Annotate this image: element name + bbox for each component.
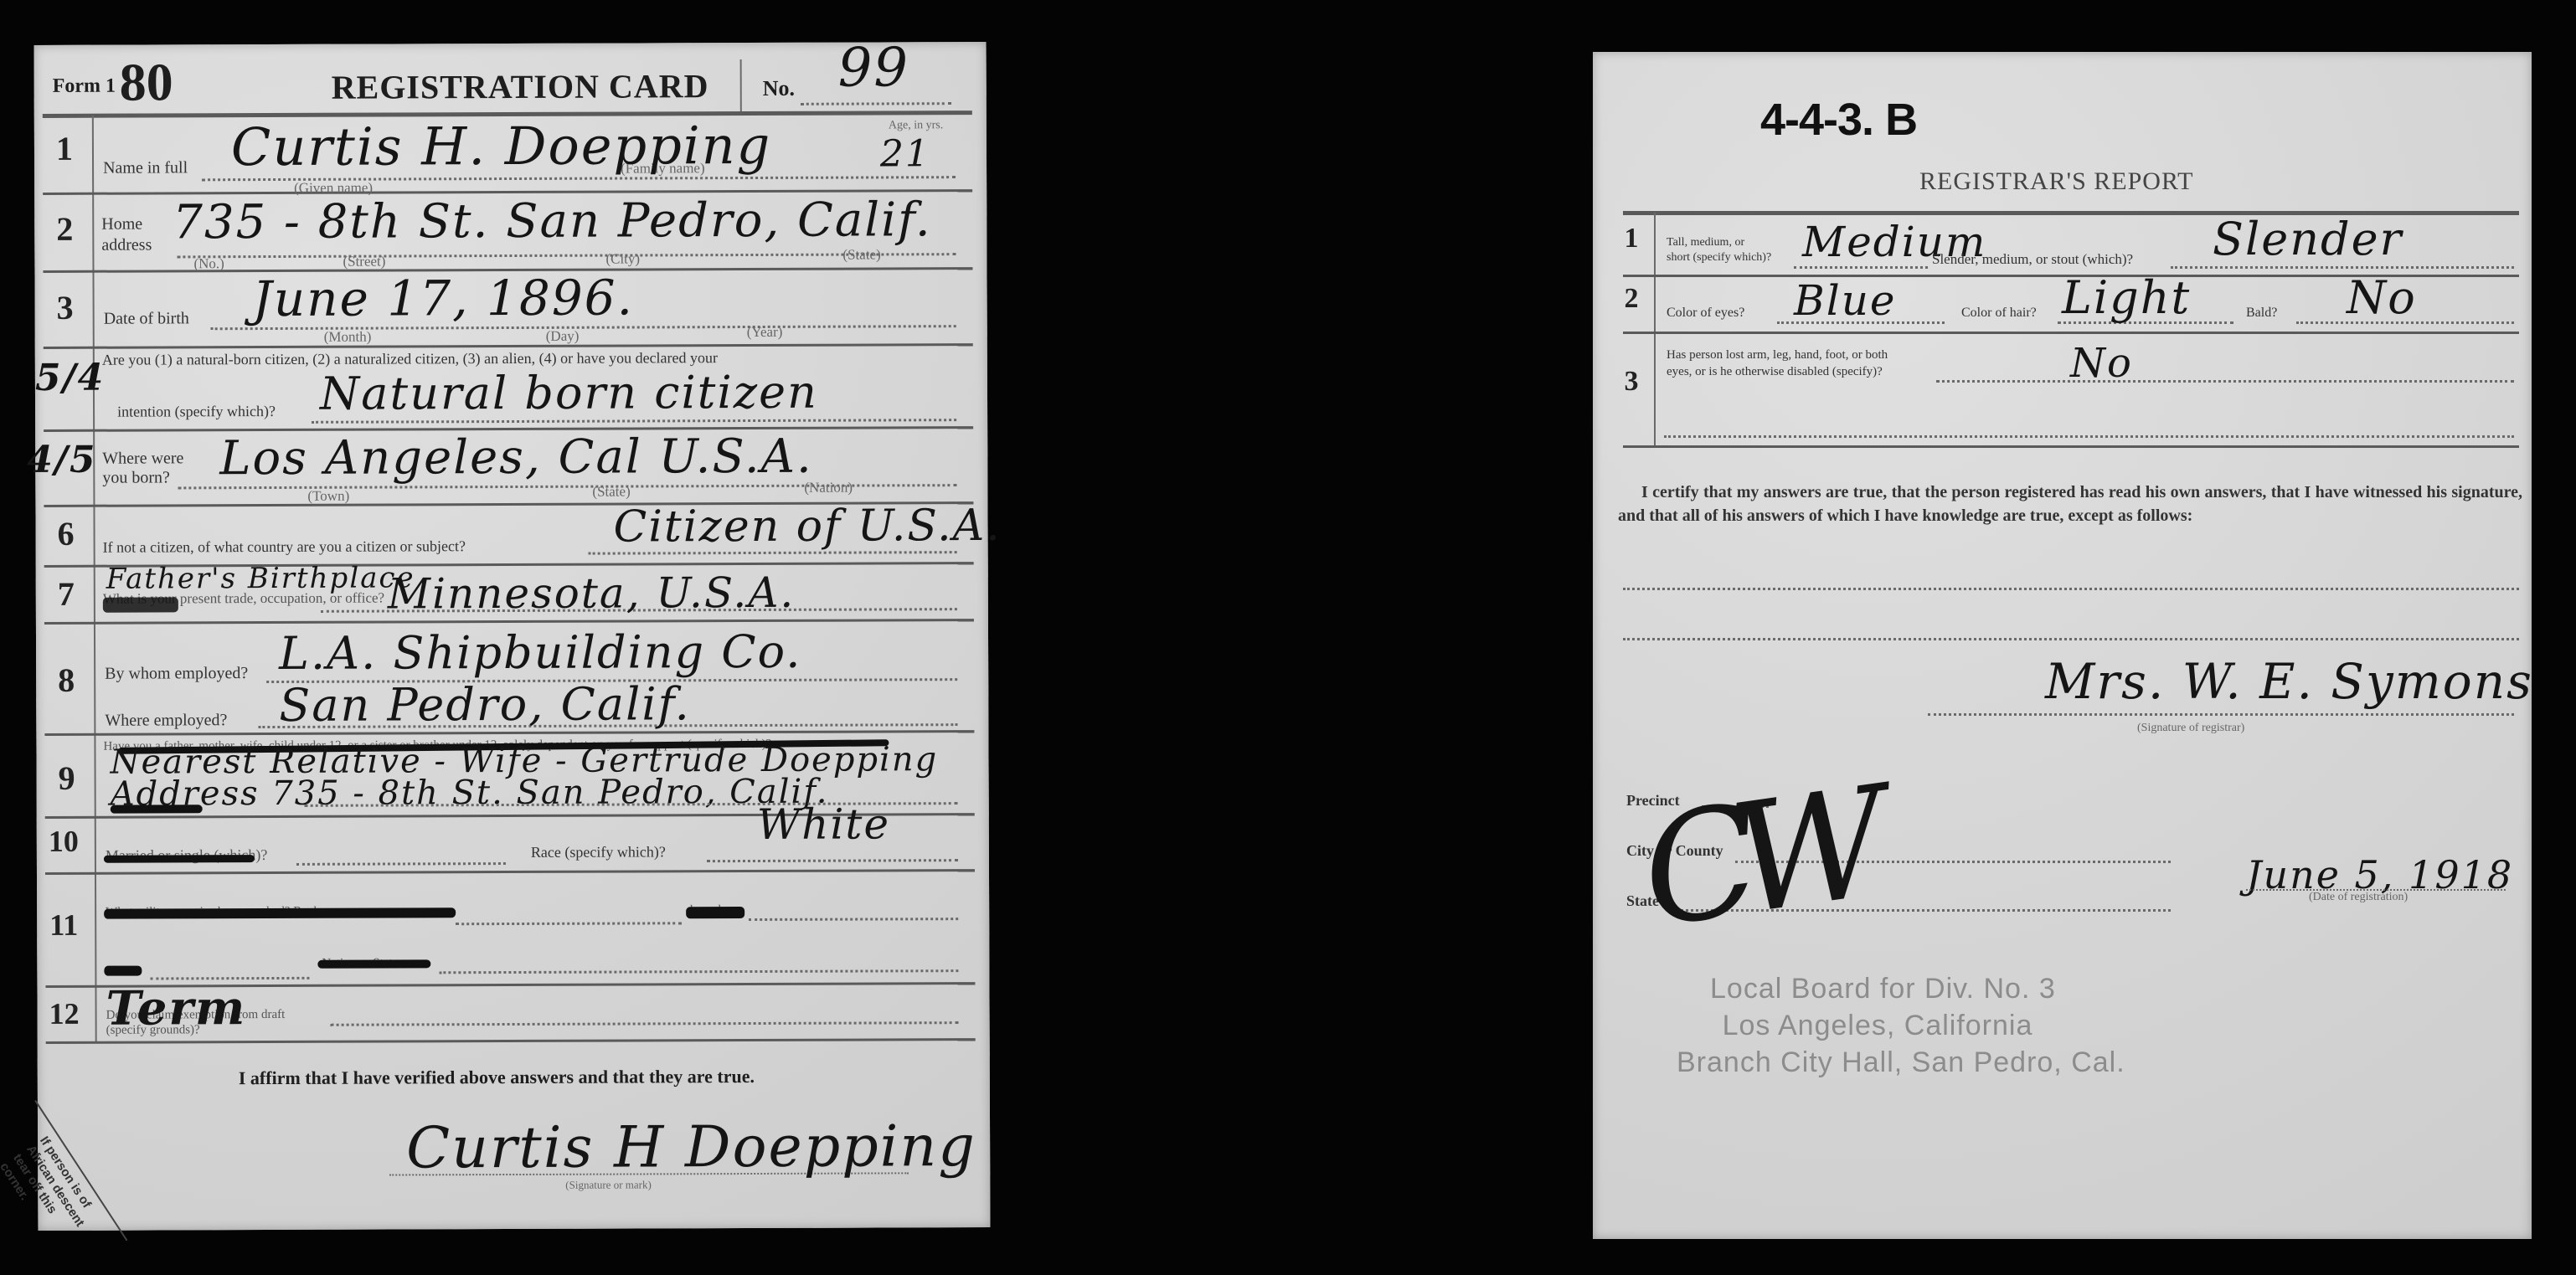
day-caption: (Day) (546, 328, 580, 345)
no-caption: (No.) (193, 255, 224, 272)
disability-value: No (2070, 340, 2133, 387)
row-number: 2 (39, 209, 90, 249)
citizen-of-value: Citizen of U.S.A. (613, 501, 1001, 553)
stamp-line: Local Board for Div. No. 3 (1710, 973, 2045, 1005)
form-number: 80 (120, 51, 173, 113)
height-label: Tall, medium, or (1667, 236, 1744, 249)
date-of-birth-value: June 17, 1896. (252, 269, 634, 327)
registrar-initials: CW (1632, 758, 1874, 962)
registration-card-front: Form 1 80 REGISTRATION CARD No. 99 Age, … (34, 42, 991, 1231)
name-label: Name in full (103, 158, 188, 177)
citizen-of-label: If not a citizen, of what country are yo… (103, 537, 466, 557)
home-address-value: 735 - 8th St. San Pedro, Calif. (173, 193, 932, 249)
affirmation-text: I affirm that I have verified above answ… (239, 1066, 755, 1089)
bald-value: No (2347, 271, 2417, 324)
row-number: 2 (1606, 283, 1656, 315)
report-title: REGISTRAR'S REPORT (1919, 167, 2194, 196)
row-number: 3 (40, 288, 90, 327)
eye-color-label: Color of eyes? (1667, 306, 1744, 321)
eye-color-value: Blue (1794, 276, 1897, 325)
registrars-report-back: 4-4-3. B REGISTRAR'S REPORT 1 Tall, medi… (1593, 52, 2532, 1239)
date-of-birth-label: Date of birth (104, 309, 189, 328)
build-label: Slender, medium, or stout (which)? (1932, 251, 2133, 268)
hair-color-value: Light (2062, 271, 2191, 324)
row-number: 7 (41, 574, 91, 614)
row-number: 9 (42, 758, 92, 798)
year-caption: (Year) (747, 324, 783, 341)
fathers-birthplace-annotation: Father's Birthplace (106, 561, 415, 595)
row-number-corrected: 5/4 (35, 357, 105, 399)
form-label: Form 1 (53, 75, 116, 98)
fathers-birthplace-value: Minnesota, U.S.A. (388, 568, 796, 619)
row-number: 1 (39, 129, 90, 168)
you-born-label: you born? (102, 468, 170, 487)
relative-address-value: Address 735 - 8th St. San Pedro, Calif. (111, 773, 829, 814)
row-number: 1 (1606, 223, 1656, 254)
stamp-line: Branch City Hall, San Pedro, Cal. (1677, 1046, 2079, 1079)
where-born-label: Where were (102, 449, 183, 468)
serial-no-label: No. (763, 76, 795, 101)
certification-text: I certify that my answers are true, that… (1618, 481, 2522, 527)
town-caption: (Town) (307, 488, 349, 505)
date-caption: (Date of registration) (2309, 891, 2408, 904)
card-title: REGISTRATION CARD (332, 66, 709, 107)
hair-color-label: Color of hair? (1961, 306, 2037, 321)
where-employed-value: San Pedro, Calif. (279, 677, 691, 732)
intention-label: intention (specify which)? (117, 403, 276, 421)
exemption-annotation: Term (106, 980, 246, 1036)
age-value: 21 (880, 132, 930, 175)
home-label: Home (101, 215, 142, 234)
where-employed-label: Where employed? (105, 711, 227, 731)
employer-label: By whom employed? (105, 664, 248, 684)
row-number: 3 (1606, 366, 1656, 398)
city-caption: (City) (605, 250, 640, 267)
street-caption: (Street) (343, 254, 385, 270)
row-number: 12 (39, 996, 89, 1031)
month-caption: (Month) (324, 329, 372, 346)
registrar-signature: Mrs. W. E. Symons (2045, 653, 2533, 710)
card-code: 4-4-3. B (1760, 94, 1917, 146)
corner-note: If person is of African descent tear off… (0, 1134, 101, 1247)
state-caption: (State) (842, 246, 880, 263)
stamp-line: Los Angeles, California (1710, 1010, 2045, 1042)
citizenship-value: Natural born citizen (320, 366, 818, 420)
build-value: Slender (2213, 213, 2403, 265)
birthplace-value: Los Angeles, Cal U.S.A. (219, 429, 813, 486)
race-label: Race (specify which)? (531, 843, 666, 861)
address-label: address (101, 235, 152, 254)
name-value: Curtis H. Doepping (231, 115, 772, 177)
age-label: Age, in yrs. (889, 119, 943, 132)
registrar-signature-caption: (Signature of registrar) (2137, 722, 2244, 735)
race-value: White (757, 799, 890, 849)
employer-value: L.A. Shipbuilding Co. (279, 625, 801, 680)
registrant-signature: Curtis H Doepping (406, 1113, 976, 1181)
row-number: 11 (39, 907, 89, 943)
height-specify-label: short (specify which)? (1667, 251, 1771, 265)
disability-label: Has person lost arm, leg, hand, foot, or… (1667, 348, 1888, 362)
state-caption: (State) (592, 484, 630, 501)
row-number: 8 (41, 661, 91, 700)
row-number: 10 (39, 824, 89, 859)
bald-label: Bald? (2246, 306, 2277, 321)
row-number-corrected: 4/5 (27, 439, 96, 481)
disability-specify-label: eyes, or is he otherwise disabled (speci… (1667, 365, 1883, 379)
serial-number: 99 (838, 37, 910, 99)
row-number: 6 (40, 514, 90, 553)
signature-caption: (Signature or mark) (565, 1178, 652, 1191)
